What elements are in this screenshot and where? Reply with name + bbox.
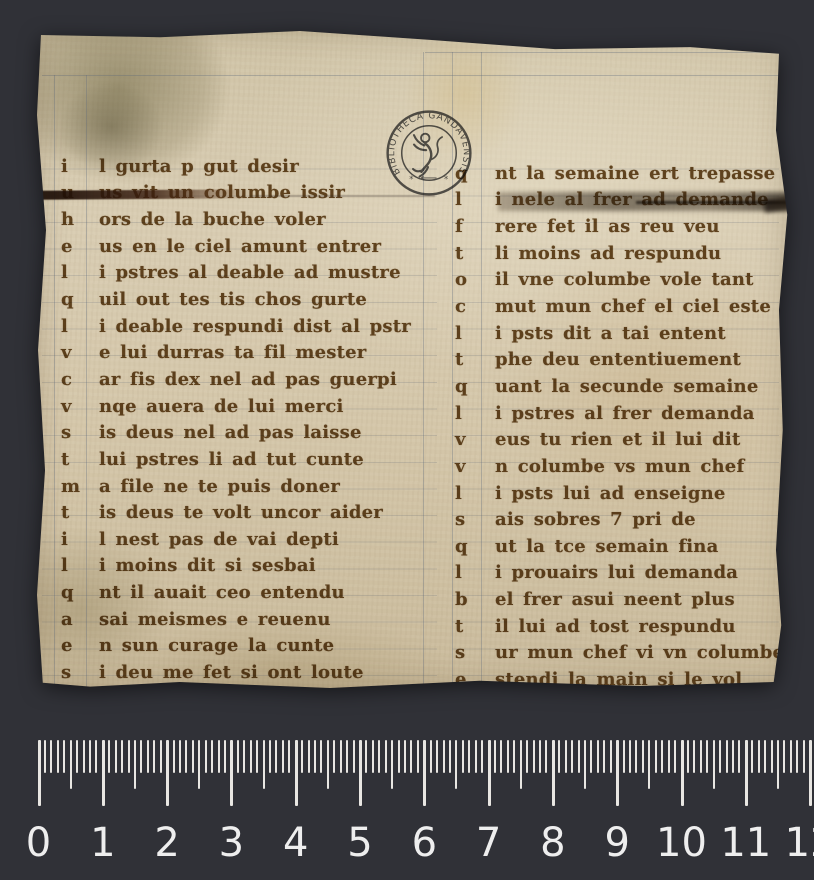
line-initial: q (58, 289, 99, 310)
ruler-tick-mm (449, 740, 451, 773)
line-text: i prouairs lui demanda (495, 562, 738, 583)
manuscript-line: quant la secunde semaine (452, 373, 792, 400)
line-text: n sun curage la cunte (99, 635, 334, 656)
manuscript-line: bel frer asui neent plus (452, 586, 792, 613)
ruler-tick-mm (340, 740, 342, 773)
line-initial: i (58, 156, 99, 177)
line-text: nt la semaine ert trepasse (495, 163, 775, 184)
ruler-tick-cm (166, 740, 169, 806)
line-text: phe deu ententiuement (495, 349, 741, 370)
ruler-tick-cm (681, 740, 684, 806)
ruler-tick-mm (687, 740, 689, 773)
ruler-tick-mm (610, 740, 612, 773)
line-text: sai meismes e reuenu (99, 609, 331, 630)
ruler-tick-mm (153, 740, 155, 773)
ruler-tick-mm (764, 740, 766, 773)
ruler-number: 10 (656, 820, 707, 866)
ruler-tick-mm (642, 740, 644, 773)
ruler-tick-mm (481, 740, 483, 773)
line-initial: s (452, 642, 495, 663)
ruler-tick-mm (301, 740, 303, 773)
ruler-tick-cm (38, 740, 41, 806)
ruler-tick-mm (353, 740, 355, 773)
ruler-tick-mm (205, 740, 207, 773)
ruler-tick-mm (83, 740, 85, 773)
ruler-tick-mm (147, 740, 149, 773)
ruler-tick-mm (275, 740, 277, 773)
line-text: ut la tce semain fina (495, 536, 718, 557)
line-text: us en le ciel amunt entrer (99, 236, 381, 257)
manuscript-line: qnt il auait ceo entendu (58, 579, 440, 606)
manuscript-line: tphe deu ententiuement (452, 346, 792, 373)
line-initial: b (452, 589, 495, 610)
line-initial: e (58, 635, 99, 656)
ruler-tick-mm (494, 740, 496, 773)
ruler-tick-mm (533, 740, 535, 773)
line-text: ors de la buche voler (99, 209, 326, 230)
manuscript-line: sis deus nel ad pas laisse (58, 419, 440, 446)
ruler-tick-mm (655, 740, 657, 773)
ruler-tick-mm (404, 740, 406, 773)
ruler-tick-mm (629, 740, 631, 773)
ruler-tick-mm (57, 740, 59, 773)
line-text: i moins dit si sesbai (99, 555, 316, 576)
line-initial: h (58, 209, 99, 230)
ruler-tick-mm (590, 740, 592, 773)
ruler-number: 9 (604, 820, 629, 866)
line-text: i pstres al frer demanda (495, 403, 755, 424)
line-initial: i (58, 529, 99, 550)
line-initial: l (452, 562, 495, 583)
ruler-tick-mm (436, 740, 438, 773)
line-initial: f (452, 216, 495, 237)
ruler-number: 6 (412, 820, 437, 866)
photograph: BIBLIOTHECA GANDAVENSIS * * il gurta p g… (0, 0, 814, 880)
manuscript-line: si deu me fet si ont loute (58, 659, 440, 686)
ruler-tick-mm (526, 740, 528, 773)
line-text: i deable respundi dist al pstr (99, 316, 411, 337)
manuscript-line: tli moins ad respundu (452, 240, 792, 267)
ruler-tick-mm (256, 740, 258, 773)
ruler-tick-half (648, 740, 650, 789)
ruler-tick-mm (398, 740, 400, 773)
ruler-tick-mm (314, 740, 316, 773)
ruler-tick-cm (552, 740, 555, 806)
line-initial: l (58, 262, 99, 283)
line-text: ais sobres 7 pri de (495, 509, 696, 530)
line-text: mut mun chef el ciel este (495, 296, 771, 317)
stamp-star-right: * (444, 174, 448, 184)
line-initial: l (452, 483, 495, 504)
line-initial: s (452, 509, 495, 530)
manuscript-line: li pstres al frer demanda (452, 400, 792, 427)
ruler-tick-mm (128, 740, 130, 773)
ruler-tick-half (520, 740, 522, 789)
ruler-tick-half (70, 740, 72, 789)
line-initial: e (58, 236, 99, 257)
line-text: l nest pas de vai depti (99, 529, 339, 550)
ruler-tick-mm (76, 740, 78, 773)
ruler-tick-mm (218, 740, 220, 773)
line-text: lui pstres li ad tut cunte (99, 449, 364, 470)
ruler-tick-mm (288, 740, 290, 773)
ruler: 0123456789101112 (0, 738, 814, 880)
ruler-tick-mm (790, 740, 792, 773)
line-initial: q (452, 536, 495, 557)
ruler-tick-mm (95, 740, 97, 773)
ruler-tick-half (455, 740, 457, 789)
manuscript-line: tis deus te volt uncor aider (58, 499, 440, 526)
ruler-tick-mm (783, 740, 785, 773)
ruler-tick-mm (308, 740, 310, 773)
manuscript-line: asai meismes e reuenu (58, 606, 440, 633)
manuscript-line: sais sobres 7 pri de (452, 506, 792, 533)
ruler-tick-cm (230, 740, 233, 806)
ruler-tick-mm (63, 740, 65, 773)
line-initial: l (452, 403, 495, 424)
line-text: i deu me fet si ont loute (99, 662, 364, 683)
manuscript-line: li psts dit a tai entent (452, 320, 792, 347)
line-text: rere fet il as reu veu (495, 216, 720, 237)
line-text: nt il auait ceo entendu (99, 582, 345, 603)
ruler-number: 4 (283, 820, 308, 866)
ruler-tick-mm (738, 740, 740, 773)
line-text: i psts lui ad enseigne (495, 483, 726, 504)
line-initial: l (58, 555, 99, 576)
line-initial: t (452, 349, 495, 370)
line-initial: q (452, 376, 495, 397)
manuscript-line: li moins dit si sesbai (58, 553, 440, 580)
ruler-tick-mm (571, 740, 573, 773)
line-text: l gurta p gut desir (99, 156, 299, 177)
ruler-tick-mm (108, 740, 110, 773)
ruler-tick-mm (121, 740, 123, 773)
ruler-tick-cm (359, 740, 362, 806)
line-text: is deus te volt uncor aider (99, 502, 383, 523)
ruler-tick-mm (185, 740, 187, 773)
line-text: e lui durras ta fil mester (99, 342, 366, 363)
ruler-tick-mm (726, 740, 728, 773)
manuscript-line: qut la tce semain fina (452, 533, 792, 560)
manuscript-line: veus tu rien et il lui dit (452, 426, 792, 453)
line-text: li moins ad respundu (495, 243, 721, 264)
ruling-line (42, 75, 779, 76)
ruler-tick-mm (250, 740, 252, 773)
ruler-tick-mm (50, 740, 52, 773)
manuscript-left-column: il gurta p gut desiruus vit un columbe i… (58, 153, 440, 686)
manuscript-line: hors de la buche voler (58, 206, 440, 233)
ruler-tick-mm (803, 740, 805, 773)
ruler-tick-half (713, 740, 715, 789)
line-initial: a (58, 609, 99, 630)
manuscript-line: til lui ad tost respundu (452, 613, 792, 640)
ruler-tick-mm (539, 740, 541, 773)
ruler-tick-cm (102, 740, 105, 806)
manuscript-line: li pstres al deable ad mustre (58, 260, 440, 287)
ruler-tick-mm (565, 740, 567, 773)
line-initial: t (58, 449, 99, 470)
manuscript-line: li psts lui ad enseigne (452, 480, 792, 507)
ruler-tick-mm (179, 740, 181, 773)
line-initial: t (58, 502, 99, 523)
ruler-tick-mm (758, 740, 760, 773)
ruler-tick-mm (417, 740, 419, 773)
line-initial: m (58, 476, 99, 497)
ruler-tick-mm (732, 740, 734, 773)
crease-line (36, 189, 254, 200)
line-initial: v (58, 396, 99, 417)
manuscript-line: en sun curage la cunte (58, 633, 440, 660)
ruler-tick-mm (603, 740, 605, 773)
ruler-tick-mm (430, 740, 432, 773)
line-initial: v (58, 342, 99, 363)
line-initial: s (58, 662, 99, 683)
ruler-tick-mm (140, 740, 142, 773)
ruler-tick-mm (635, 740, 637, 773)
manuscript-line: estendi la main si le vol (452, 666, 792, 693)
ruler-tick-mm (771, 740, 773, 773)
manuscript-line: il gurta p gut desir (58, 153, 440, 180)
ruler-tick-mm (224, 740, 226, 773)
ruler-tick-mm (333, 740, 335, 773)
ruler-tick-mm (346, 740, 348, 773)
line-text: a file ne te puis doner (99, 476, 340, 497)
line-text: el frer asui neent plus (495, 589, 735, 610)
ruler-tick-mm (160, 740, 162, 773)
ruler-number: 3 (219, 820, 244, 866)
line-initial: l (452, 323, 495, 344)
ruler-tick-mm (623, 740, 625, 773)
line-text: eus tu rien et il lui dit (495, 429, 740, 450)
ruler-tick-mm (507, 740, 509, 773)
ruling-line (425, 52, 778, 53)
ruler-tick-mm (513, 740, 515, 773)
line-initial: q (452, 163, 495, 184)
manuscript-line: eus en le ciel amunt entrer (58, 233, 440, 260)
ruler-number: 8 (540, 820, 565, 866)
ruler-number: 11 (720, 820, 771, 866)
crease-line-faint (250, 195, 435, 197)
ruler-number: 5 (347, 820, 372, 866)
ruler-tick-mm (558, 740, 560, 773)
line-text: i psts dit a tai entent (495, 323, 726, 344)
line-initial: t (452, 243, 495, 264)
ruler-tick-mm (597, 740, 599, 773)
ruler-tick-mm (475, 740, 477, 773)
line-text: uil out tes tis chos gurte (99, 289, 367, 310)
ruler-tick-mm (378, 740, 380, 773)
manuscript-line: li deable respundi dist al pstr (58, 313, 440, 340)
ruler-tick-half (134, 740, 136, 789)
ruler-tick-mm (282, 740, 284, 773)
ruler-tick-mm (192, 740, 194, 773)
ruler-tick-mm (211, 740, 213, 773)
ruler-tick-mm (545, 740, 547, 773)
ruler-tick-mm (443, 740, 445, 773)
ruler-tick-half (584, 740, 586, 789)
ruler-tick-cm (295, 740, 298, 806)
ruler-number: 1 (90, 820, 115, 866)
ruler-tick-cm (423, 740, 426, 806)
manuscript-line: tlui pstres li ad tut cunte (58, 446, 440, 473)
ruler-number: 12 (785, 820, 814, 866)
ruler-tick-mm (320, 740, 322, 773)
ruler-tick-mm (661, 740, 663, 773)
ruler-tick-mm (372, 740, 374, 773)
manuscript-line: vn columbe vs mun chef (452, 453, 792, 480)
manuscript-line: car fis dex nel ad pas guerpi (58, 366, 440, 393)
manuscript-line: oil vne columbe vole tant (452, 267, 792, 294)
line-text: ar fis dex nel ad pas guerpi (99, 369, 397, 390)
manuscript-line: cmut mun chef el ciel este (452, 293, 792, 320)
line-initial: c (58, 369, 99, 390)
ruler-tick-mm (365, 740, 367, 773)
line-text: ur mun chef vi vn columbe (495, 642, 784, 663)
line-initial: v (452, 429, 495, 450)
line-text: uant la secunde semaine (495, 376, 758, 397)
line-initial: l (58, 316, 99, 337)
ruler-tick-half (391, 740, 393, 789)
ruler-tick-mm (693, 740, 695, 773)
ruler-tick-mm (674, 740, 676, 773)
ruler-tick-mm (89, 740, 91, 773)
ruler-tick-cm (745, 740, 748, 806)
manuscript-right-column: qnt la semaine ert trepasseli nele al fr… (452, 160, 792, 693)
manuscript-line: qnt la semaine ert trepasse (452, 160, 792, 187)
ruler-tick-mm (700, 740, 702, 773)
ruler-tick-half (327, 740, 329, 789)
ruler-tick-mm (796, 740, 798, 773)
ruler-number: 2 (154, 820, 179, 866)
ruler-tick-cm (488, 740, 491, 806)
ruler-tick-mm (578, 740, 580, 773)
ruler-tick-half (263, 740, 265, 789)
ruler-tick-mm (719, 740, 721, 773)
line-text: il vne columbe vole tant (495, 269, 754, 290)
ruler-tick-mm (115, 740, 117, 773)
line-initial: q (58, 582, 99, 603)
line-text: stendi la main si le vol (495, 669, 742, 690)
ruler-number: 0 (26, 820, 51, 866)
manuscript-line: ve lui durras ta fil mester (58, 339, 440, 366)
line-initial: l (452, 189, 495, 210)
line-initial: t (452, 616, 495, 637)
line-text: il lui ad tost respundu (495, 616, 736, 637)
manuscript-parchment: BIBLIOTHECA GANDAVENSIS * * il gurta p g… (36, 28, 788, 688)
ruler-tick-mm (385, 740, 387, 773)
manuscript-line: vnqe auera de lui merci (58, 393, 440, 420)
manuscript-line: ma file ne te puis doner (58, 473, 440, 500)
ruler-tick-mm (237, 740, 239, 773)
manuscript-line: il nest pas de vai depti (58, 526, 440, 553)
manuscript-line: quil out tes tis chos gurte (58, 286, 440, 313)
ruler-tick-mm (468, 740, 470, 773)
line-text: is deus nel ad pas laisse (99, 422, 362, 443)
ruler-tick-mm (706, 740, 708, 773)
line-initial: c (452, 296, 495, 317)
ruler-tick-mm (410, 740, 412, 773)
ruler-number: 7 (476, 820, 501, 866)
manuscript-line: sur mun chef vi vn columbe (452, 640, 792, 667)
ruler-tick-mm (500, 740, 502, 773)
line-initial: s (58, 422, 99, 443)
ruler-tick-mm (44, 740, 46, 773)
ruler-tick-half (198, 740, 200, 789)
ruler-tick-mm (751, 740, 753, 773)
ruler-tick-cm (616, 740, 619, 806)
manuscript-line: frere fet il as reu veu (452, 213, 792, 240)
ruler-tick-mm (462, 740, 464, 773)
manuscript-line: li prouairs lui demanda (452, 560, 792, 587)
line-text: nqe auera de lui merci (99, 396, 344, 417)
ruler-tick-mm (269, 740, 271, 773)
ruler-tick-mm (173, 740, 175, 773)
ruler-tick-cm (809, 740, 812, 806)
ruler-tick-mm (243, 740, 245, 773)
line-text: n columbe vs mun chef (495, 456, 744, 477)
line-initial: o (452, 269, 495, 290)
line-initial: v (452, 456, 495, 477)
ruler-tick-half (777, 740, 779, 789)
line-initial: e (452, 669, 495, 690)
line-text: i pstres al deable ad mustre (99, 262, 401, 283)
ruler-tick-mm (668, 740, 670, 773)
